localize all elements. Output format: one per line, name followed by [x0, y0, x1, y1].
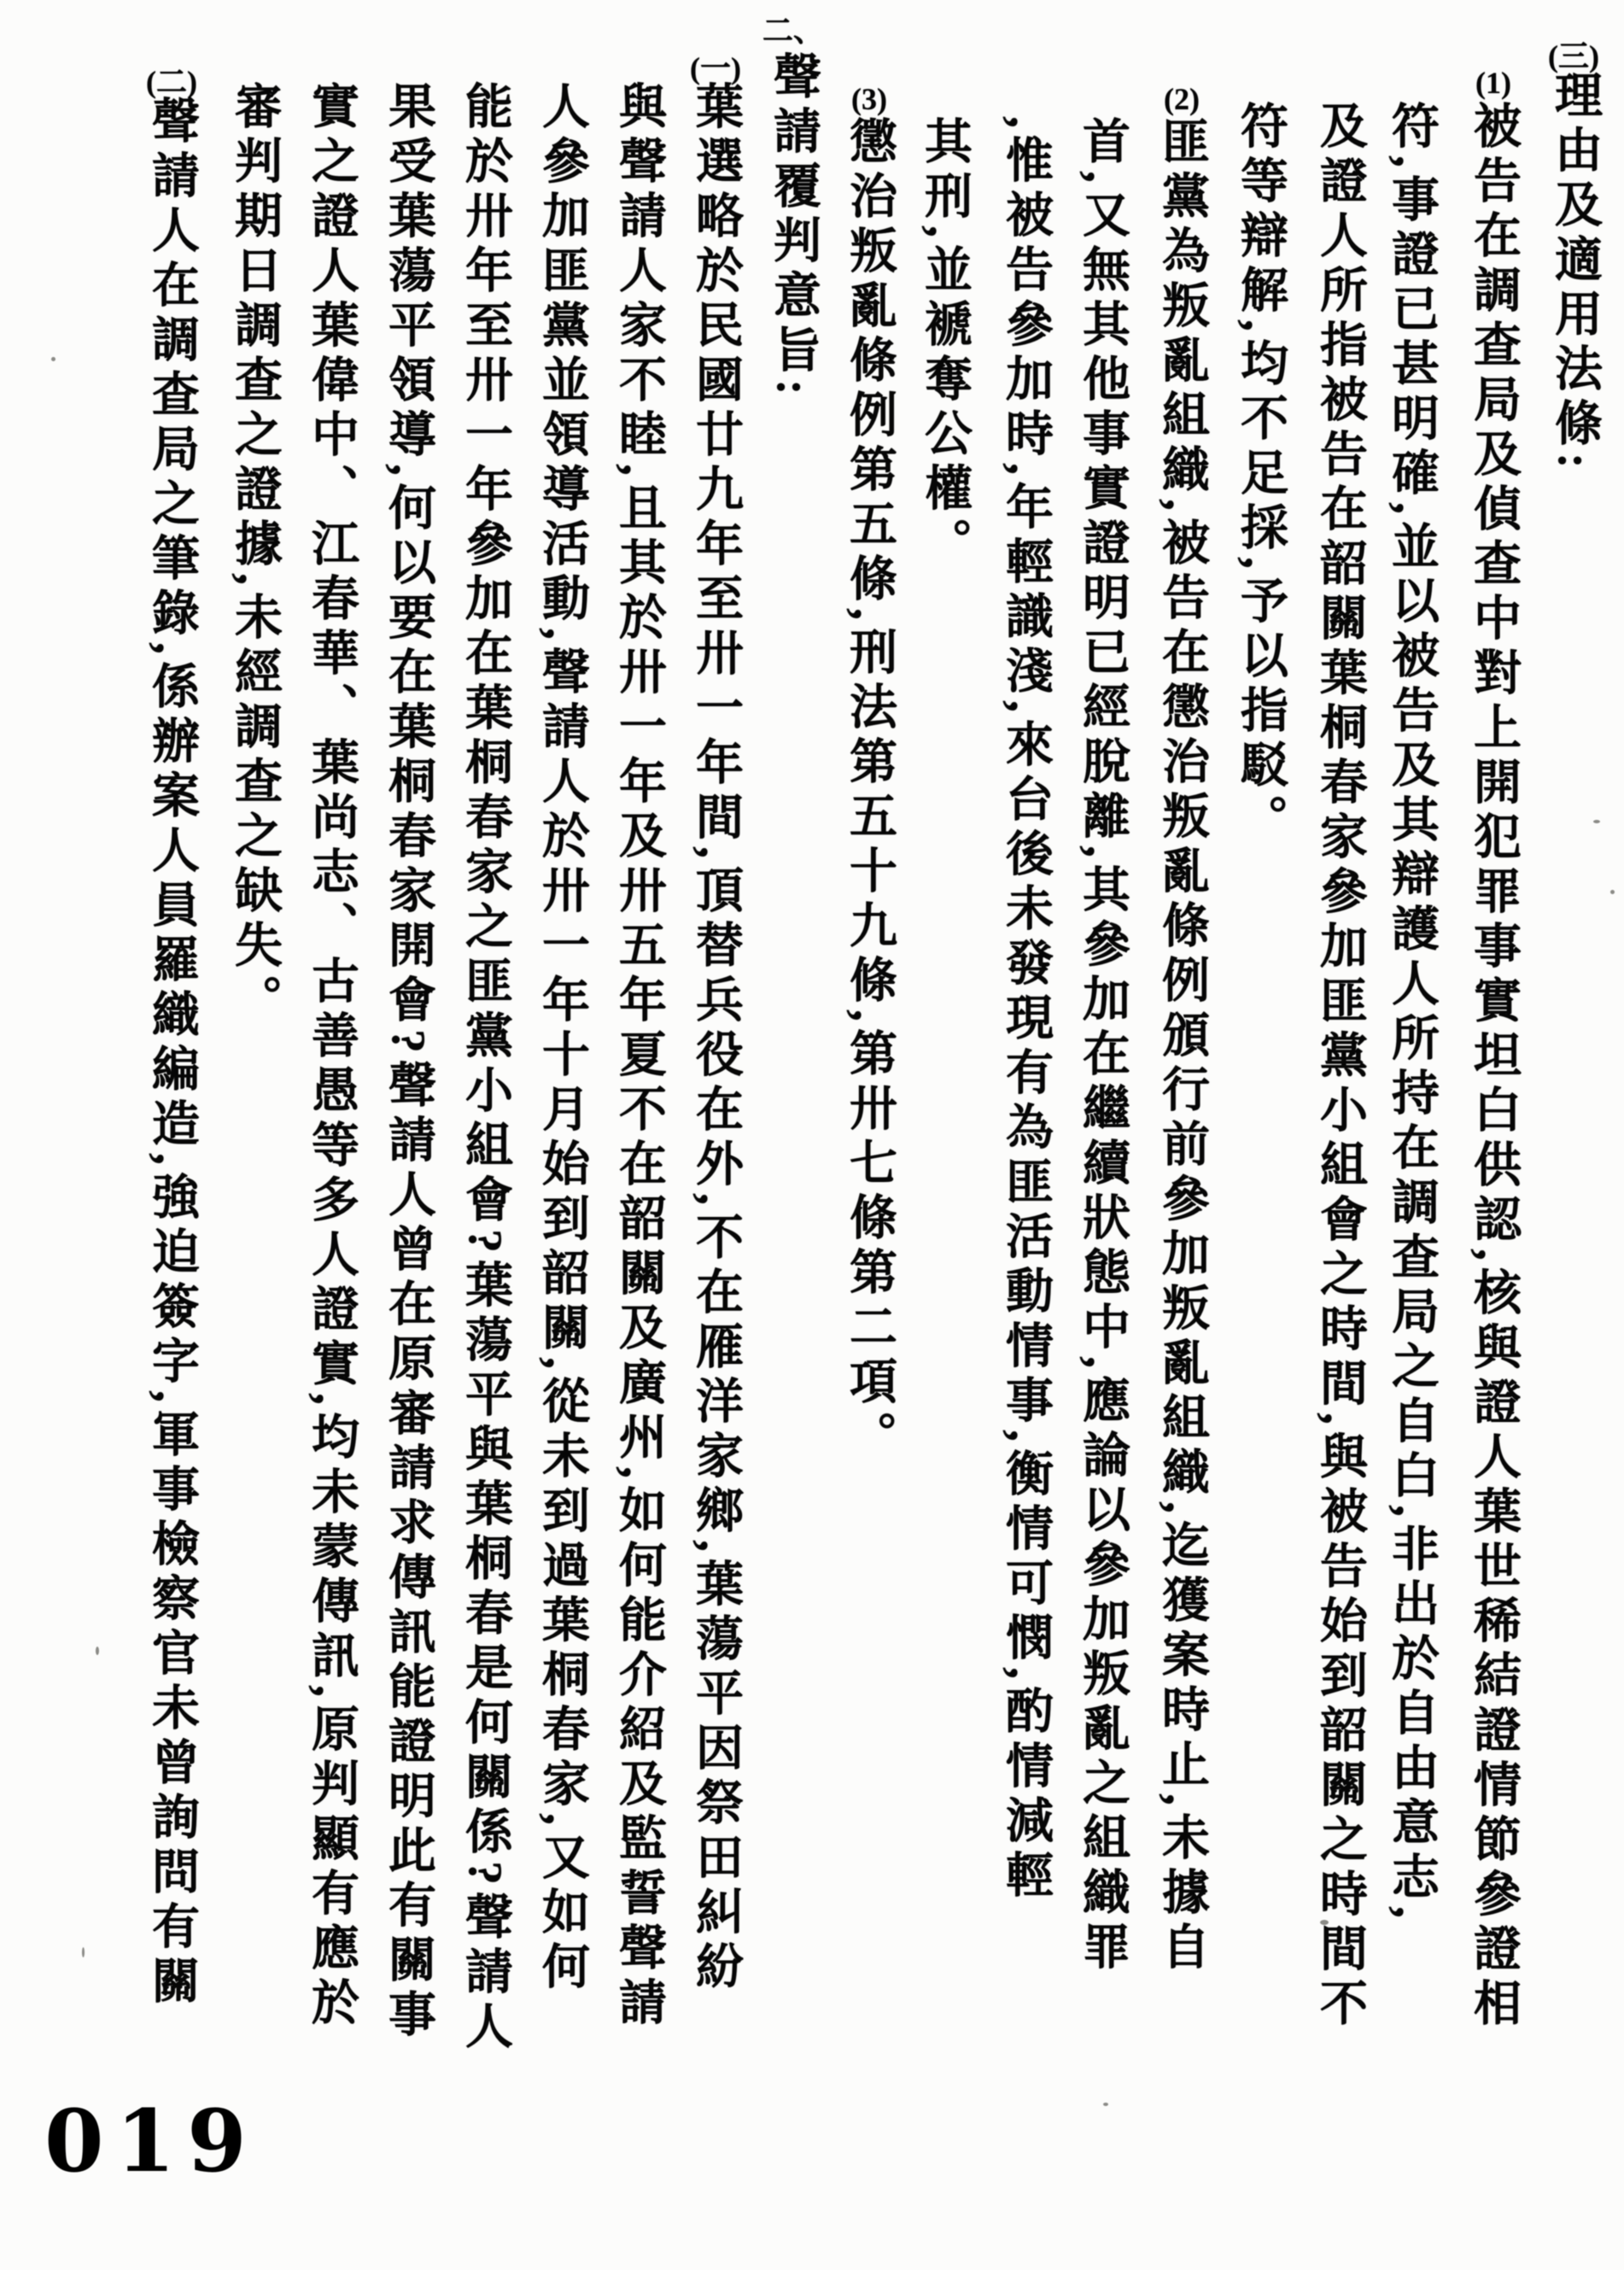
scan-noise-dot [1610, 890, 1615, 894]
item-1-column-1: 被告在調查局及偵查中對上開犯罪事實坦白供認,核與證人葉世稀結證情節參證相 [1465, 101, 1522, 2033]
item-3-label: (3) [851, 81, 887, 117]
appeal-item-2-column-1: 聲請人在調查局之筆錄,係辦案人員羅織編造,強迫簽字,軍事檢察官未曾詢問有關 [143, 96, 200, 2010]
appeal-item-1-column-2: 與聲請人家不睦,且其於卅一年及卅五年夏不在韶關及廣州,如何能介紹及監誓聲請 [610, 81, 667, 2032]
scan-noise-dot [82, 1947, 85, 1957]
scan-noise-dot [51, 357, 55, 361]
scan-noise-dot [96, 1647, 99, 1655]
scan-noise-dot [1593, 820, 1600, 823]
page-number: 019 [44, 2091, 259, 2191]
item-2-column-1: 匪黨為叛亂組織,被告在懲治叛亂條例頒行前參加叛亂組織,迄獲案時止,未據自 [1154, 116, 1210, 1976]
item-2-column-2: 首,又無其他事實證明已經脫離,其參加在繼續狀態中,應論以參加叛亂之組織罪 [1074, 116, 1130, 1976]
page-body: (三) 理由及適用法條: (1) 被告在調查局及偵查中對上開犯罪事實坦白供認,核… [0, 0, 1624, 2270]
item-2-column-3: ,惟被告參加時,年輕識淺,來台後未發現有為匪活動情事,衡情可憫,酌情減輕 [997, 116, 1054, 1904]
section-2-heading: 聲請覆判意旨: [765, 51, 821, 402]
section-3-heading: 理由及適用法條: [1546, 70, 1603, 476]
item-2-label: (2) [1164, 81, 1200, 117]
appeal-item-1-column-3: 人參加匪黨並領導活動,聲請人於卅一年十月始到韶關,從未到過葉桐春家,又如何 [534, 81, 590, 1996]
item-1-column-3: 及證人所指被告在韶關葉桐春家參加匪黨小組會之時間,與被告始到韶關之時間不 [1311, 101, 1368, 2033]
scan-noise-dot [1320, 1920, 1329, 1925]
item-1-column-4: 符等辯解,均不足採,予以指駁。 [1232, 101, 1288, 849]
section-2-label: 二、 [762, 7, 824, 50]
item-2-column-4: 其刑,並褫奪公權。 [916, 116, 973, 572]
scan-noise-dot [1103, 2103, 1108, 2106]
item-1-column-2: 符,事證已甚明確,並以被告及其辯護人所持在調查局之自白,非出於自由意志, [1383, 101, 1440, 1925]
appeal-item-1-column-5: 果受葉蕩平領導,何以要在葉桐春家開會?聲請人曾在原審請求傳訊能證明此有關事 [380, 81, 436, 2044]
scanned-court-document-page: { "page_number": "019", "reason_section"… [0, 0, 1624, 2270]
appeal-item-1-column-6: 實之證人葉偉中、江春華、葉尚志、古善愚等多人證實,均未蒙傳訊,原判顯有應於 [303, 81, 359, 2032]
item-1-label: (1) [1475, 65, 1511, 101]
appeal-item-1-column-1: 葉選略於民國廿九年至卅一年間,頂替兵役在外,不在雁洋家鄉,葉蕩平因祭田糾紛 [687, 81, 744, 1996]
item-3-column-1: 懲治叛亂條例第五條,刑法第五十九條,第卅七條第二項。 [841, 116, 897, 1466]
appeal-item-1-column-4: 能於卅年至卅一年參加在葉桐春家之匪黨小組會?葉蕩平與葉桐春是何關係?聲請人 [457, 81, 513, 2056]
appeal-item-1-column-7: 審判期日調查之證據,未經調查之缺失。 [226, 81, 283, 1029]
